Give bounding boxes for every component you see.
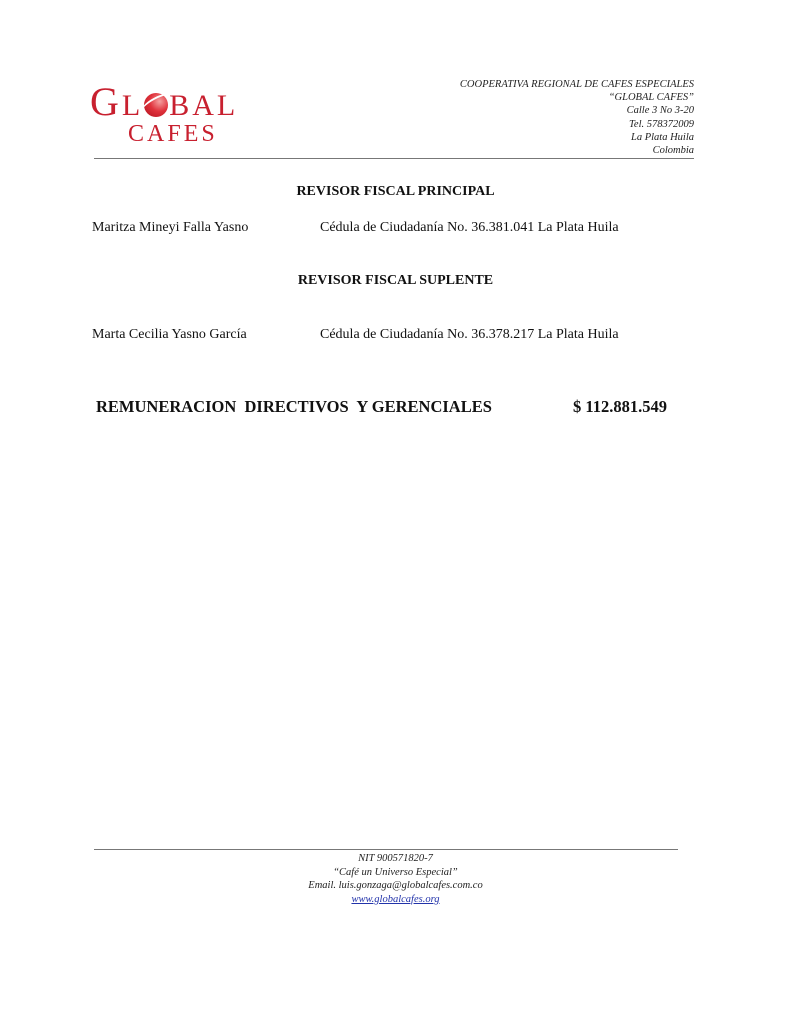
global-cafes-logo: GLBAL CAFES — [90, 82, 250, 148]
footer-email: Email. luis.gonzaga@globalcafes.com.co — [0, 879, 791, 893]
suplente-name: Marta Cecilia Yasno García — [92, 327, 247, 343]
company-address: Calle 3 No 3-20 — [460, 104, 694, 117]
remuneration-amount: $ 112.881.549 — [573, 397, 667, 417]
logo-letter-g: G — [90, 79, 122, 124]
principal-id: Cédula de Ciudadanía No. 36.381.041 La P… — [320, 220, 619, 236]
remuneration-total: REMUNERACION DIRECTIVOS Y GERENCIALES $ … — [96, 397, 696, 417]
logo-wordmark: GLBAL — [90, 82, 238, 122]
principal-name: Maritza Mineyi Falla Yasno — [92, 220, 248, 236]
footer-nit: NIT 900571820-7 — [0, 852, 791, 866]
company-phone: Tel. 578372009 — [460, 118, 694, 131]
logo-cafes: CAFES — [128, 122, 218, 146]
footer-slogan: “Café un Universo Especial” — [0, 866, 791, 880]
company-brand: “GLOBAL CAFES” — [460, 91, 694, 104]
coffee-globe-icon — [144, 93, 168, 117]
logo-letter-l: L — [122, 89, 143, 122]
footer: NIT 900571820-7 “Café un Universo Especi… — [0, 852, 791, 906]
suplente-id: Cédula de Ciudadanía No. 36.378.217 La P… — [320, 327, 619, 343]
company-header-info: COOPERATIVA REGIONAL DE CAFES ESPECIALES… — [460, 78, 694, 157]
logo-letters-bal: BAL — [169, 89, 238, 122]
company-country: Colombia — [460, 144, 694, 157]
header-divider — [94, 158, 694, 159]
suplente-heading: REVISOR FISCAL SUPLENTE — [0, 273, 791, 289]
remuneration-label: REMUNERACION DIRECTIVOS Y GERENCIALES — [96, 397, 492, 416]
footer-divider — [94, 849, 678, 850]
principal-heading: REVISOR FISCAL PRINCIPAL — [0, 184, 791, 200]
company-name: COOPERATIVA REGIONAL DE CAFES ESPECIALES — [460, 78, 694, 91]
company-city: La Plata Huila — [460, 131, 694, 144]
footer-website-link[interactable]: www.globalcafes.org — [351, 894, 439, 905]
